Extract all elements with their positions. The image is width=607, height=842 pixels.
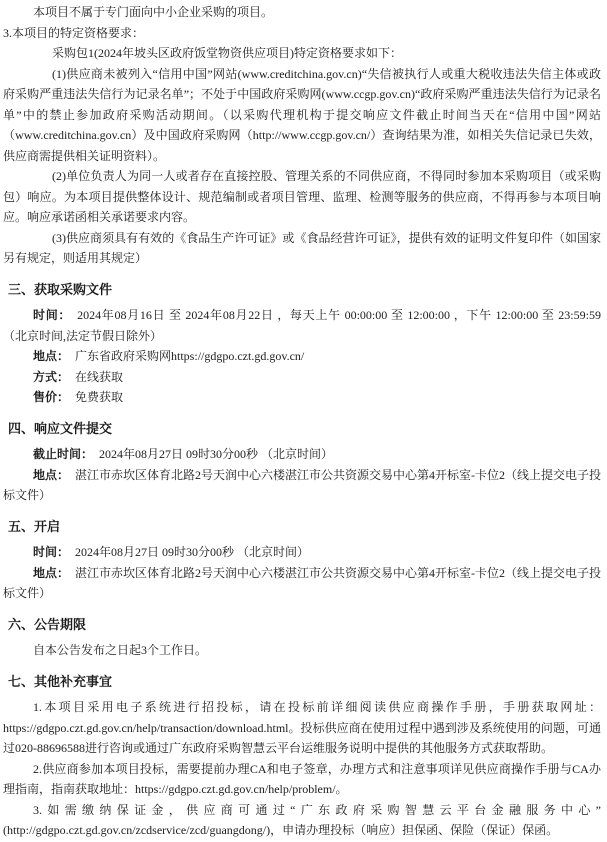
other-matter-3: 3.如需缴纳保证金，供应商可通过“广东政府采购智慧云平台金融服务中心”(http… <box>3 800 601 841</box>
field-value: 2024年08月16日 至 2024年08月22日 ，每天上午 00:00:00… <box>3 308 601 343</box>
procurement-notice-page: 本项目不属于专门面向中小企业采购的项目。 3.本项目的特定资格要求： 采购包1(… <box>0 0 607 842</box>
submission-location-row: 地点：湛江市赤坎区体育北路2号天润中心六楼湛江市公共资源交易中心第4开标室-卡位… <box>3 465 601 506</box>
preamble-line-specific-requirements: 3.本项目的特定资格要求： <box>3 23 601 44</box>
field-label: 地点： <box>33 566 69 580</box>
section-title-opening: 五、开启 <box>8 517 601 538</box>
obtain-location-row: 地点：广东省政府采购网https://gdgpo.czt.gd.gov.cn/ <box>3 346 601 367</box>
field-value: 2024年08月27日 09时30分00秒 （北京时间） <box>99 447 333 461</box>
preamble-line-sme: 本项目不属于专门面向中小企业采购的项目。 <box>3 2 601 23</box>
section-title-obtain-documents: 三、获取采购文件 <box>8 280 601 301</box>
field-label: 售价： <box>33 390 69 404</box>
submission-deadline-row: 截止时间：2024年08月27日 09时30分00秒 （北京时间） <box>3 444 601 465</box>
opening-location-row: 地点：湛江市赤坎区体育北路2号天润中心六楼湛江市公共资源交易中心第4开标室-卡位… <box>3 563 601 604</box>
qualification-item-3: (3)供应商须具有有效的《食品生产许可证》或《食品经营许可证》，提供有效的证明文… <box>3 228 601 269</box>
other-matter-2: 2.供应商参加本项目投标，需要提前办理CA和电子签章，办理方式和注意事项详见供应… <box>3 759 601 800</box>
field-value: 2024年08月27日 09时30分00秒 （北京时间） <box>75 545 309 559</box>
field-value: 免费获取 <box>75 390 123 404</box>
field-label: 时间： <box>33 545 69 559</box>
announcement-period-text: 自本公告发布之日起3个工作日。 <box>3 640 601 661</box>
other-matter-1: 1.本项目采用电子系统进行招投标，请在投标前详细阅读供应商操作手册，手册获取网址… <box>3 697 601 759</box>
section-title-response-submission: 四、响应文件提交 <box>8 419 601 440</box>
opening-time-row: 时间：2024年08月27日 09时30分00秒 （北京时间） <box>3 542 601 563</box>
field-label: 地点： <box>33 349 69 363</box>
field-value: 湛江市赤坎区体育北路2号天润中心六楼湛江市公共资源交易中心第4开标室-卡位2（线… <box>3 468 601 503</box>
field-label: 截止时间： <box>33 447 93 461</box>
field-value: 广东省政府采购网https://gdgpo.czt.gd.gov.cn/ <box>75 349 304 363</box>
preamble-line-package: 采购包1(2024年坡头区政府饭堂物资供应项目)特定资格要求如下： <box>3 43 601 64</box>
field-value: 在线获取 <box>75 370 123 384</box>
field-value: 湛江市赤坎区体育北路2号天润中心六楼湛江市公共资源交易中心第4开标室-卡位2（线… <box>3 566 601 601</box>
section-title-announcement-period: 六、公告期限 <box>8 615 601 636</box>
obtain-method-row: 方式：在线获取 <box>3 367 601 388</box>
section-title-other-matters: 七、其他补充事宜 <box>8 672 601 693</box>
obtain-price-row: 售价：免费获取 <box>3 387 601 408</box>
qualification-item-2: (2)单位负责人为同一人或者存在直接控股、管理关系的不同供应商，不得同时参加本采… <box>3 166 601 228</box>
field-label: 时间： <box>33 308 71 322</box>
field-label: 地点： <box>33 468 69 482</box>
obtain-time-row: 时间：2024年08月16日 至 2024年08月22日 ，每天上午 00:00… <box>3 305 601 346</box>
field-label: 方式： <box>33 370 69 384</box>
qualification-item-1: (1)供应商未被列入“信用中国”网站(www.creditchina.gov.c… <box>3 64 601 167</box>
